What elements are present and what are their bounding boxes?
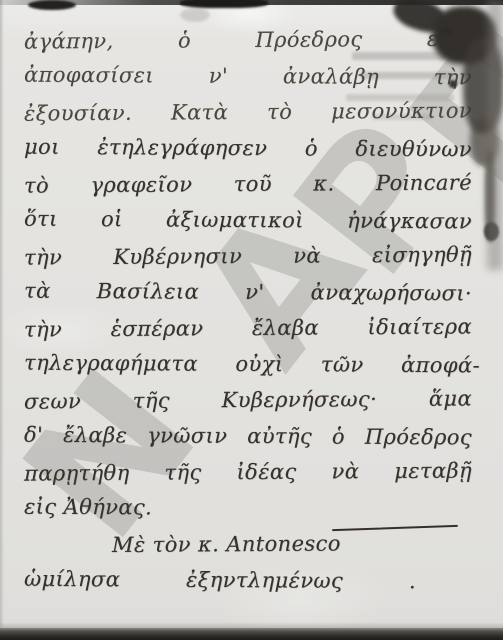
handwriting-line: σεων τῆς Κυβερνήσεως· ἅμα bbox=[24, 382, 472, 421]
handwriting-line: ἀγάπην, ὁ Πρόεδρος εἶχε bbox=[24, 22, 472, 61]
handwriting-line: τὸ γραφεῖον τοῦ κ. Poincaré bbox=[24, 166, 472, 205]
handwriting-line: εἰς Ἀθήνας. bbox=[24, 491, 486, 530]
handwriting-line: τηλεγραφήματα οὐχὶ τῶν ἀποφά- bbox=[24, 347, 480, 386]
bleedthrough-mark bbox=[180, 8, 210, 22]
handwriting-line: ἀποφασίσει ν' ἀναλάβῃ τὴν bbox=[24, 59, 472, 98]
handwriting-line: ἐξουσίαν. Κατὰ τὸ μεσονύκτιον bbox=[24, 94, 472, 133]
scan-stain bbox=[487, 0, 503, 270]
handwriting-line: τὰ Βασίλεια ν' ἀναχωρήσωσι· bbox=[24, 275, 472, 314]
handwriting-line: δ' ἔλαβε γνῶσιν αὐτῆς ὁ Πρόεδρος bbox=[24, 419, 472, 458]
handwriting-line: παρῃτήθη τῆς ἰδέας νὰ μεταβῇ bbox=[24, 454, 472, 493]
handwriting-line: μοι ἐτηλεγράφησεν ὁ διευθύνων bbox=[24, 131, 472, 170]
scan-stain bbox=[180, 0, 268, 8]
handwriting-line: τὴν ἑσπέραν ἔλαβα ἰδιαίτερα bbox=[24, 310, 472, 349]
letter-body: ἀγάπην, ὁ Πρόεδρος εἶχε ἀποφασίσει ν' ἀν… bbox=[24, 24, 486, 600]
scan-stain bbox=[441, 28, 451, 35]
handwriting-line: ὅτι οἱ ἀξιωματικοὶ ἠνάγκασαν bbox=[24, 203, 472, 242]
handwriting-line: ὡμίλησα ἐξηντλημένως . bbox=[24, 563, 416, 601]
page-left-edge bbox=[0, 0, 4, 640]
scan-stain bbox=[28, 0, 76, 10]
scan-stain bbox=[449, 80, 457, 88]
scan-edge-bottom bbox=[0, 628, 503, 640]
handwriting-line: Μὲ τὸν κ. Antonesco bbox=[24, 526, 486, 565]
scanned-letter-page: Π Ρ Α Ν ἀγάπην, ὁ Πρόεδρος εἶχε ἀποφασίσ… bbox=[0, 0, 503, 640]
handwriting-line: τὴν Κυβέρνησιν νὰ εἰσηγηθῇ bbox=[24, 238, 472, 277]
